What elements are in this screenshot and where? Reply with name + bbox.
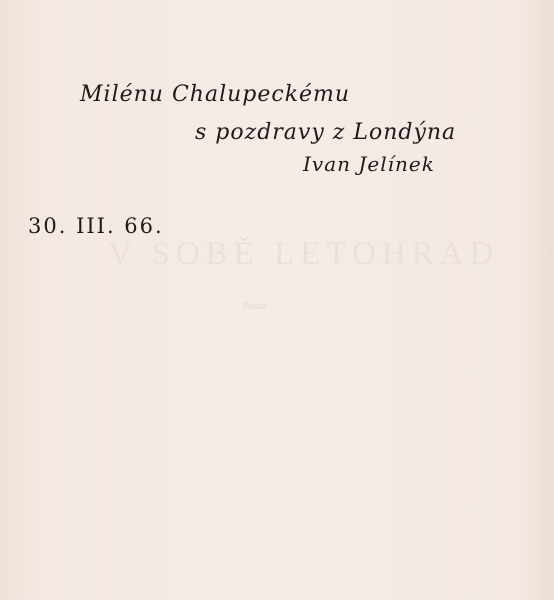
dedication-line-1: Milénu Chalupeckému xyxy=(80,82,350,107)
dedication-line-2: s pozdravy z Londýna xyxy=(195,120,456,145)
printed-title: V SOBĚ LETOHRAD xyxy=(108,236,499,273)
book-page: Milénu Chalupeckému s pozdravy z Londýna… xyxy=(0,0,554,600)
signature: Ivan Jelínek xyxy=(303,152,435,176)
printed-subtitle: Básně xyxy=(243,301,267,312)
handwritten-date: 30. III. 66. xyxy=(28,214,164,238)
